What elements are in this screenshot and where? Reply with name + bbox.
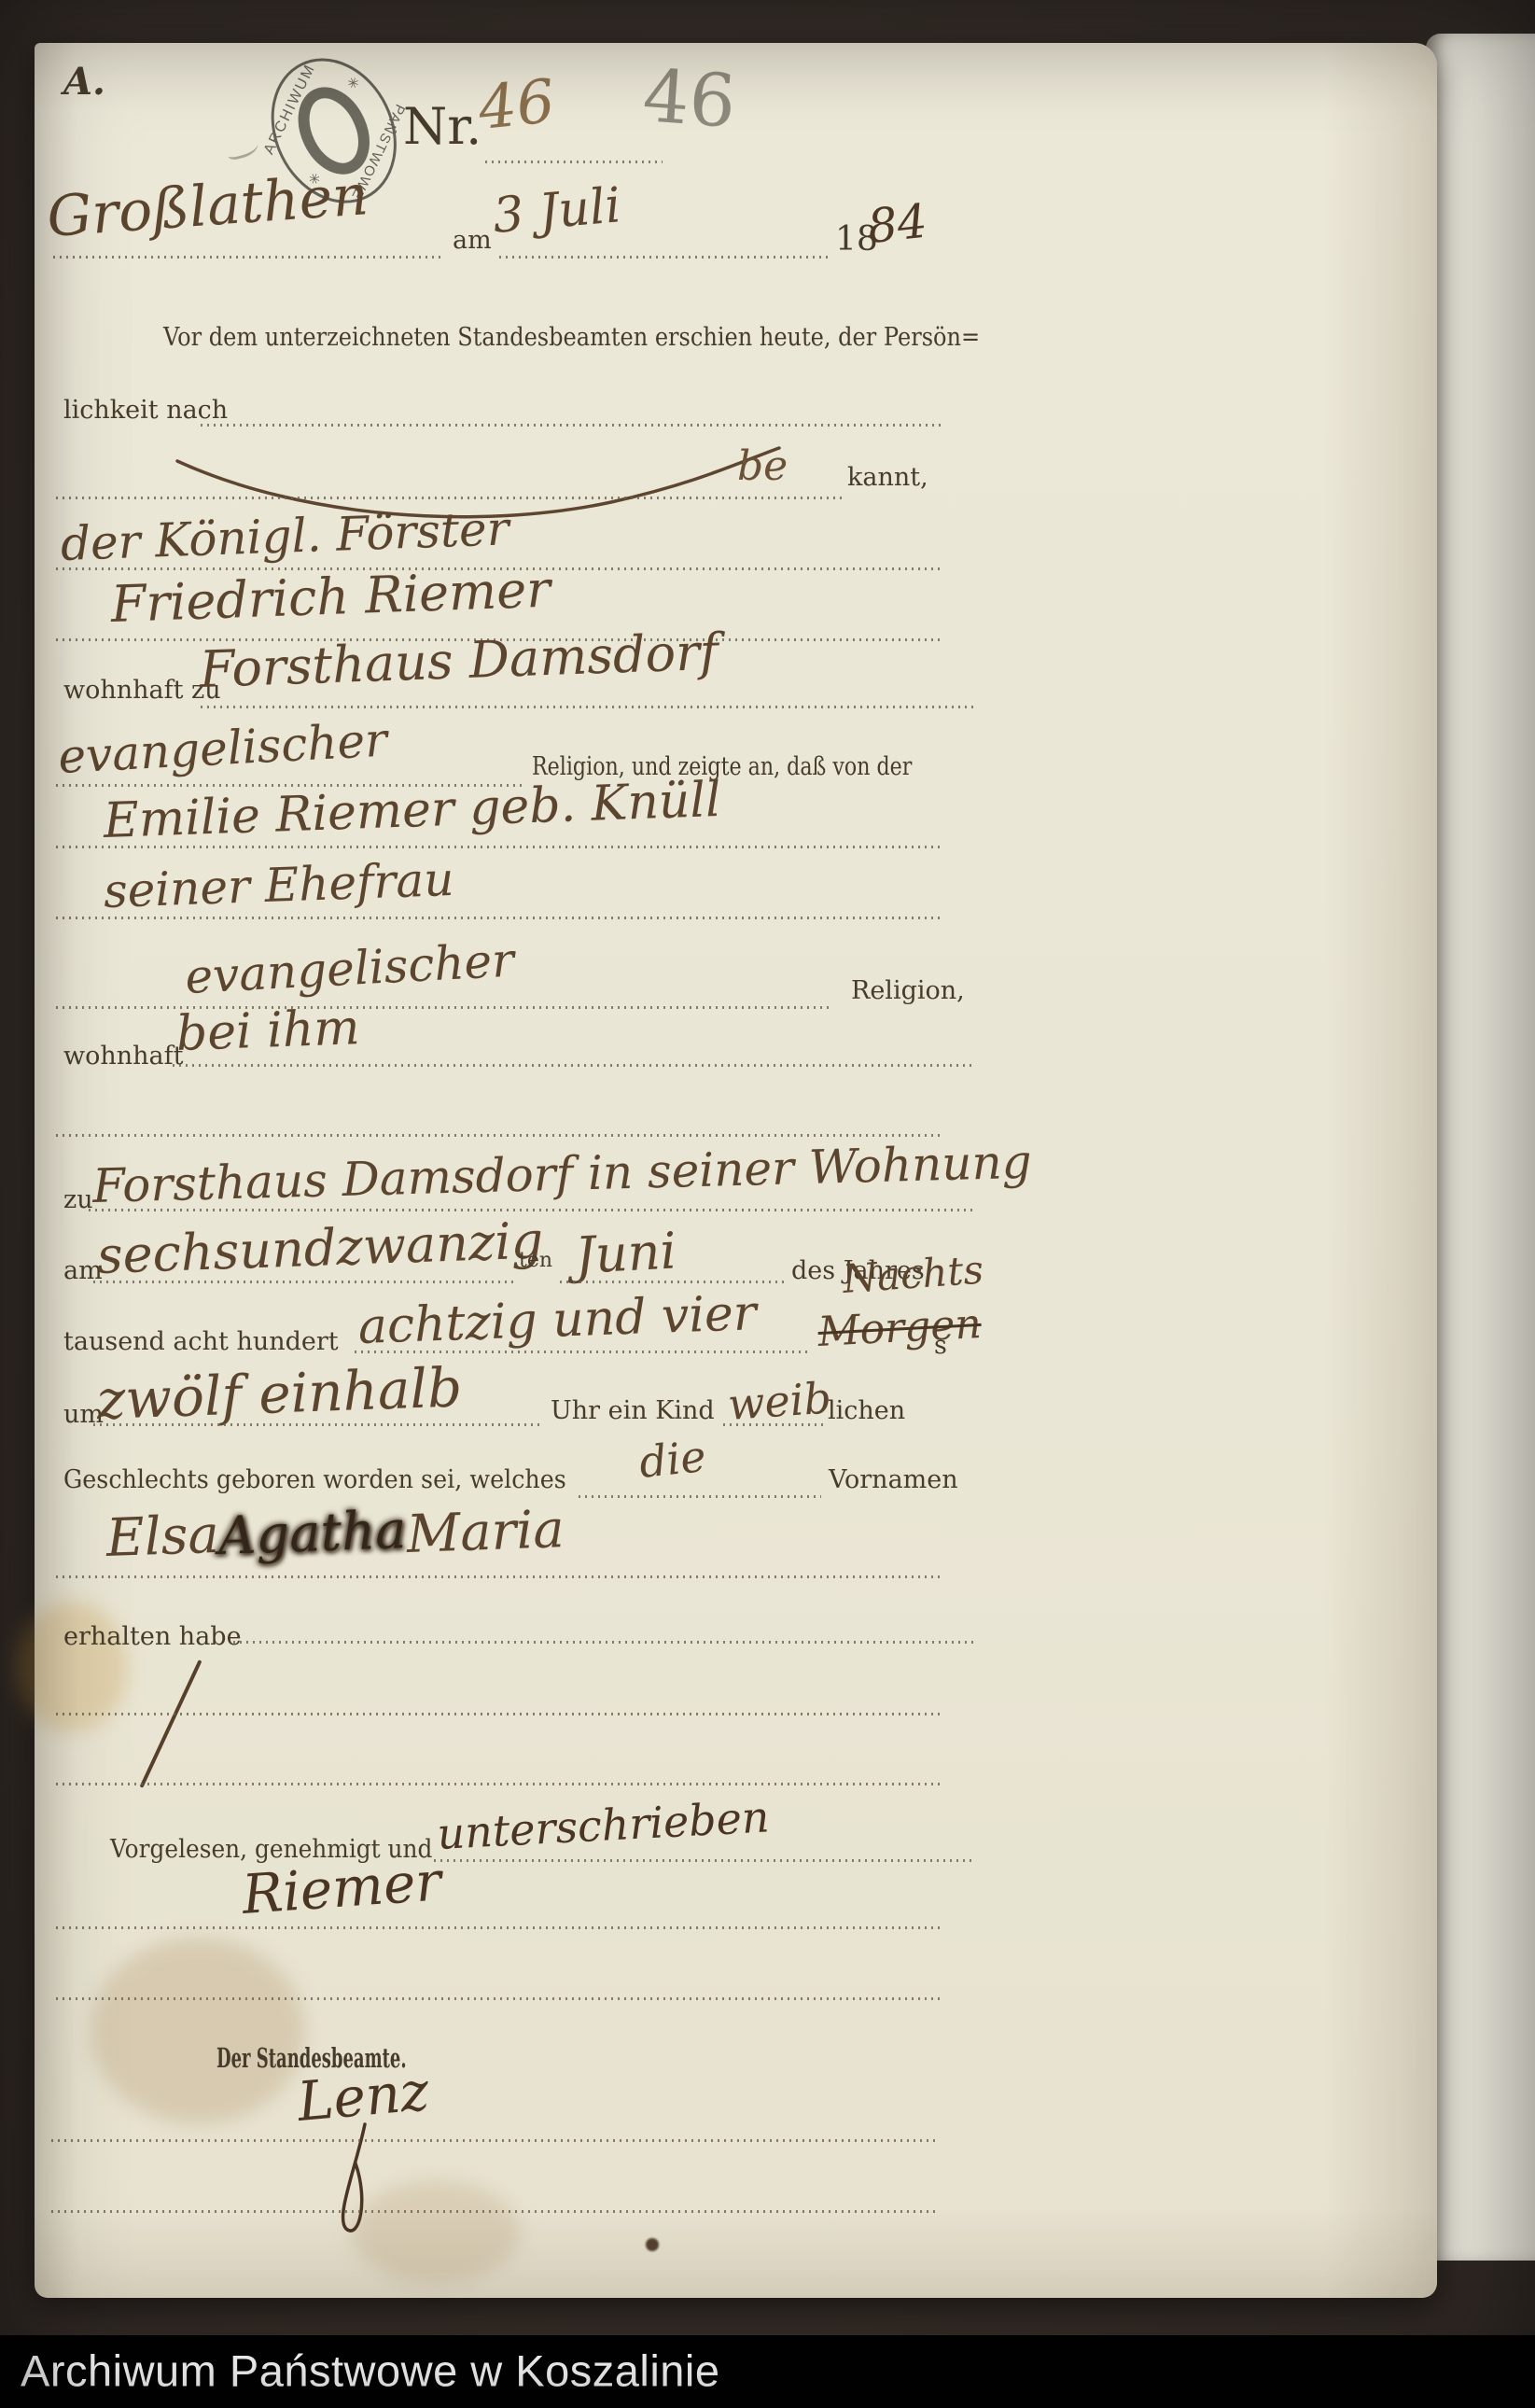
dotted-line <box>723 1423 824 1426</box>
dotted-line <box>201 424 942 427</box>
dotted-line <box>93 1281 513 1283</box>
dotted-line <box>56 1575 941 1578</box>
nr-label: Nr. <box>403 97 481 156</box>
religion2-label: Religion, <box>851 976 965 1005</box>
child-name-middle-blotted: Agatha <box>217 1500 408 1567</box>
dotted-line <box>499 256 831 259</box>
declarant-title: der Königl. Förster <box>60 501 509 571</box>
vornamen-label: Vornamen <box>829 1465 958 1494</box>
stamp-star-icon: ✳ <box>344 73 361 92</box>
ten-label: ten <box>519 1249 552 1272</box>
dotted-line <box>56 1134 941 1137</box>
s-suffix: s <box>934 1331 947 1360</box>
birth-place-value: Forsthaus Damsdorf in seiner Wohnung <box>91 1135 1032 1213</box>
dotted-line <box>56 1713 941 1715</box>
birth-year-value: achtzig und vier <box>357 1285 758 1355</box>
dotted-line <box>56 1997 941 2000</box>
mother-relation: seiner Ehefrau <box>103 852 454 918</box>
bekannt-handwritten: be <box>737 442 788 490</box>
time-correction-value: Nachts <box>842 1247 985 1302</box>
geschlecht-label: Geschlechts geboren worden sei, welches <box>63 1465 566 1494</box>
dotted-line <box>56 1006 830 1009</box>
birth-time-value: zwölf einhalb <box>96 1355 464 1432</box>
dotted-line <box>51 2210 938 2213</box>
dotted-line <box>56 917 941 919</box>
residence-value: Forsthaus Damsdorf <box>199 623 719 699</box>
date-value: 3 Juli <box>491 177 623 245</box>
dotted-line <box>201 706 975 708</box>
birth-record-page: A. ARCHIWUM PAŃSTWOWE ✳ ✳ Nr. 46 46 Groß… <box>35 43 1437 2298</box>
cancellation-stroke <box>139 1659 202 1788</box>
dotted-line <box>53 256 445 259</box>
dotted-line <box>56 846 941 848</box>
tausend-label: tausend acht hundert <box>63 1327 339 1356</box>
dotted-line <box>434 1859 975 1862</box>
erhalten-label: erhalten habe <box>63 1622 242 1651</box>
dotted-line <box>355 1351 812 1353</box>
dotted-line <box>233 1641 975 1644</box>
lichen-label: lichen <box>828 1396 905 1425</box>
declarant-name: Friedrich Riemer <box>110 560 551 634</box>
dotted-line <box>579 1495 821 1498</box>
dotted-line <box>173 1064 975 1067</box>
pencil-tick <box>225 136 260 161</box>
dotted-line <box>560 1281 784 1283</box>
dotted-line <box>56 497 842 499</box>
stain <box>91 1938 305 2124</box>
religion1-value: evangelischer <box>57 713 388 784</box>
time-struck-value: Morgen <box>816 1300 983 1356</box>
dotted-line <box>485 161 663 163</box>
stain <box>646 2238 659 2251</box>
declarant-signature: Riemer <box>240 1849 443 1926</box>
wohnhaft-zu-label: wohnhaft zu <box>63 676 221 705</box>
gender-value: weib <box>726 1372 832 1430</box>
year-written: 84 <box>865 194 929 254</box>
child-name-last: Maria <box>406 1499 565 1565</box>
uhr-label: Uhr ein Kind <box>551 1396 715 1425</box>
am-label: am <box>453 226 492 255</box>
bekannt-printed: kannt, <box>847 463 928 492</box>
religion2-value: evangelischer <box>184 933 515 1004</box>
place-value: Großlathen <box>45 162 370 250</box>
dotted-line <box>56 1926 941 1929</box>
section-letter: A. <box>63 60 105 104</box>
child-name-first: Elsa <box>105 1505 220 1569</box>
dotted-line <box>56 1783 941 1785</box>
dotted-line <box>51 2139 938 2142</box>
unterschrieben-value: unterschrieben <box>436 1791 771 1859</box>
archive-caption-bar: Archiwum Państwowe w Koszalinie <box>0 2335 1535 2408</box>
wohnhaft-label: wohnhaft <box>63 1042 183 1071</box>
next-page-edge <box>1426 34 1535 2261</box>
wohnhaft-value: bei ihm <box>175 1000 361 1062</box>
intro-line1: Vor dem unterzeichneten Standesbeamten e… <box>163 323 980 352</box>
pencil-number: 46 <box>640 54 738 145</box>
birth-month-value: Juni <box>574 1221 678 1285</box>
nr-value: 46 <box>475 67 558 144</box>
dotted-line <box>93 1423 541 1426</box>
archive-caption: Archiwum Państwowe w Koszalinie <box>21 2345 720 2396</box>
birth-day-value: sechsundzwanzig <box>96 1211 544 1285</box>
intro-line2: lichkeit nach <box>63 396 228 425</box>
die-value: die <box>636 1431 708 1488</box>
scanned-book-photo: A. ARCHIWUM PAŃSTWOWE ✳ ✳ Nr. 46 46 Groß… <box>0 0 1535 2408</box>
